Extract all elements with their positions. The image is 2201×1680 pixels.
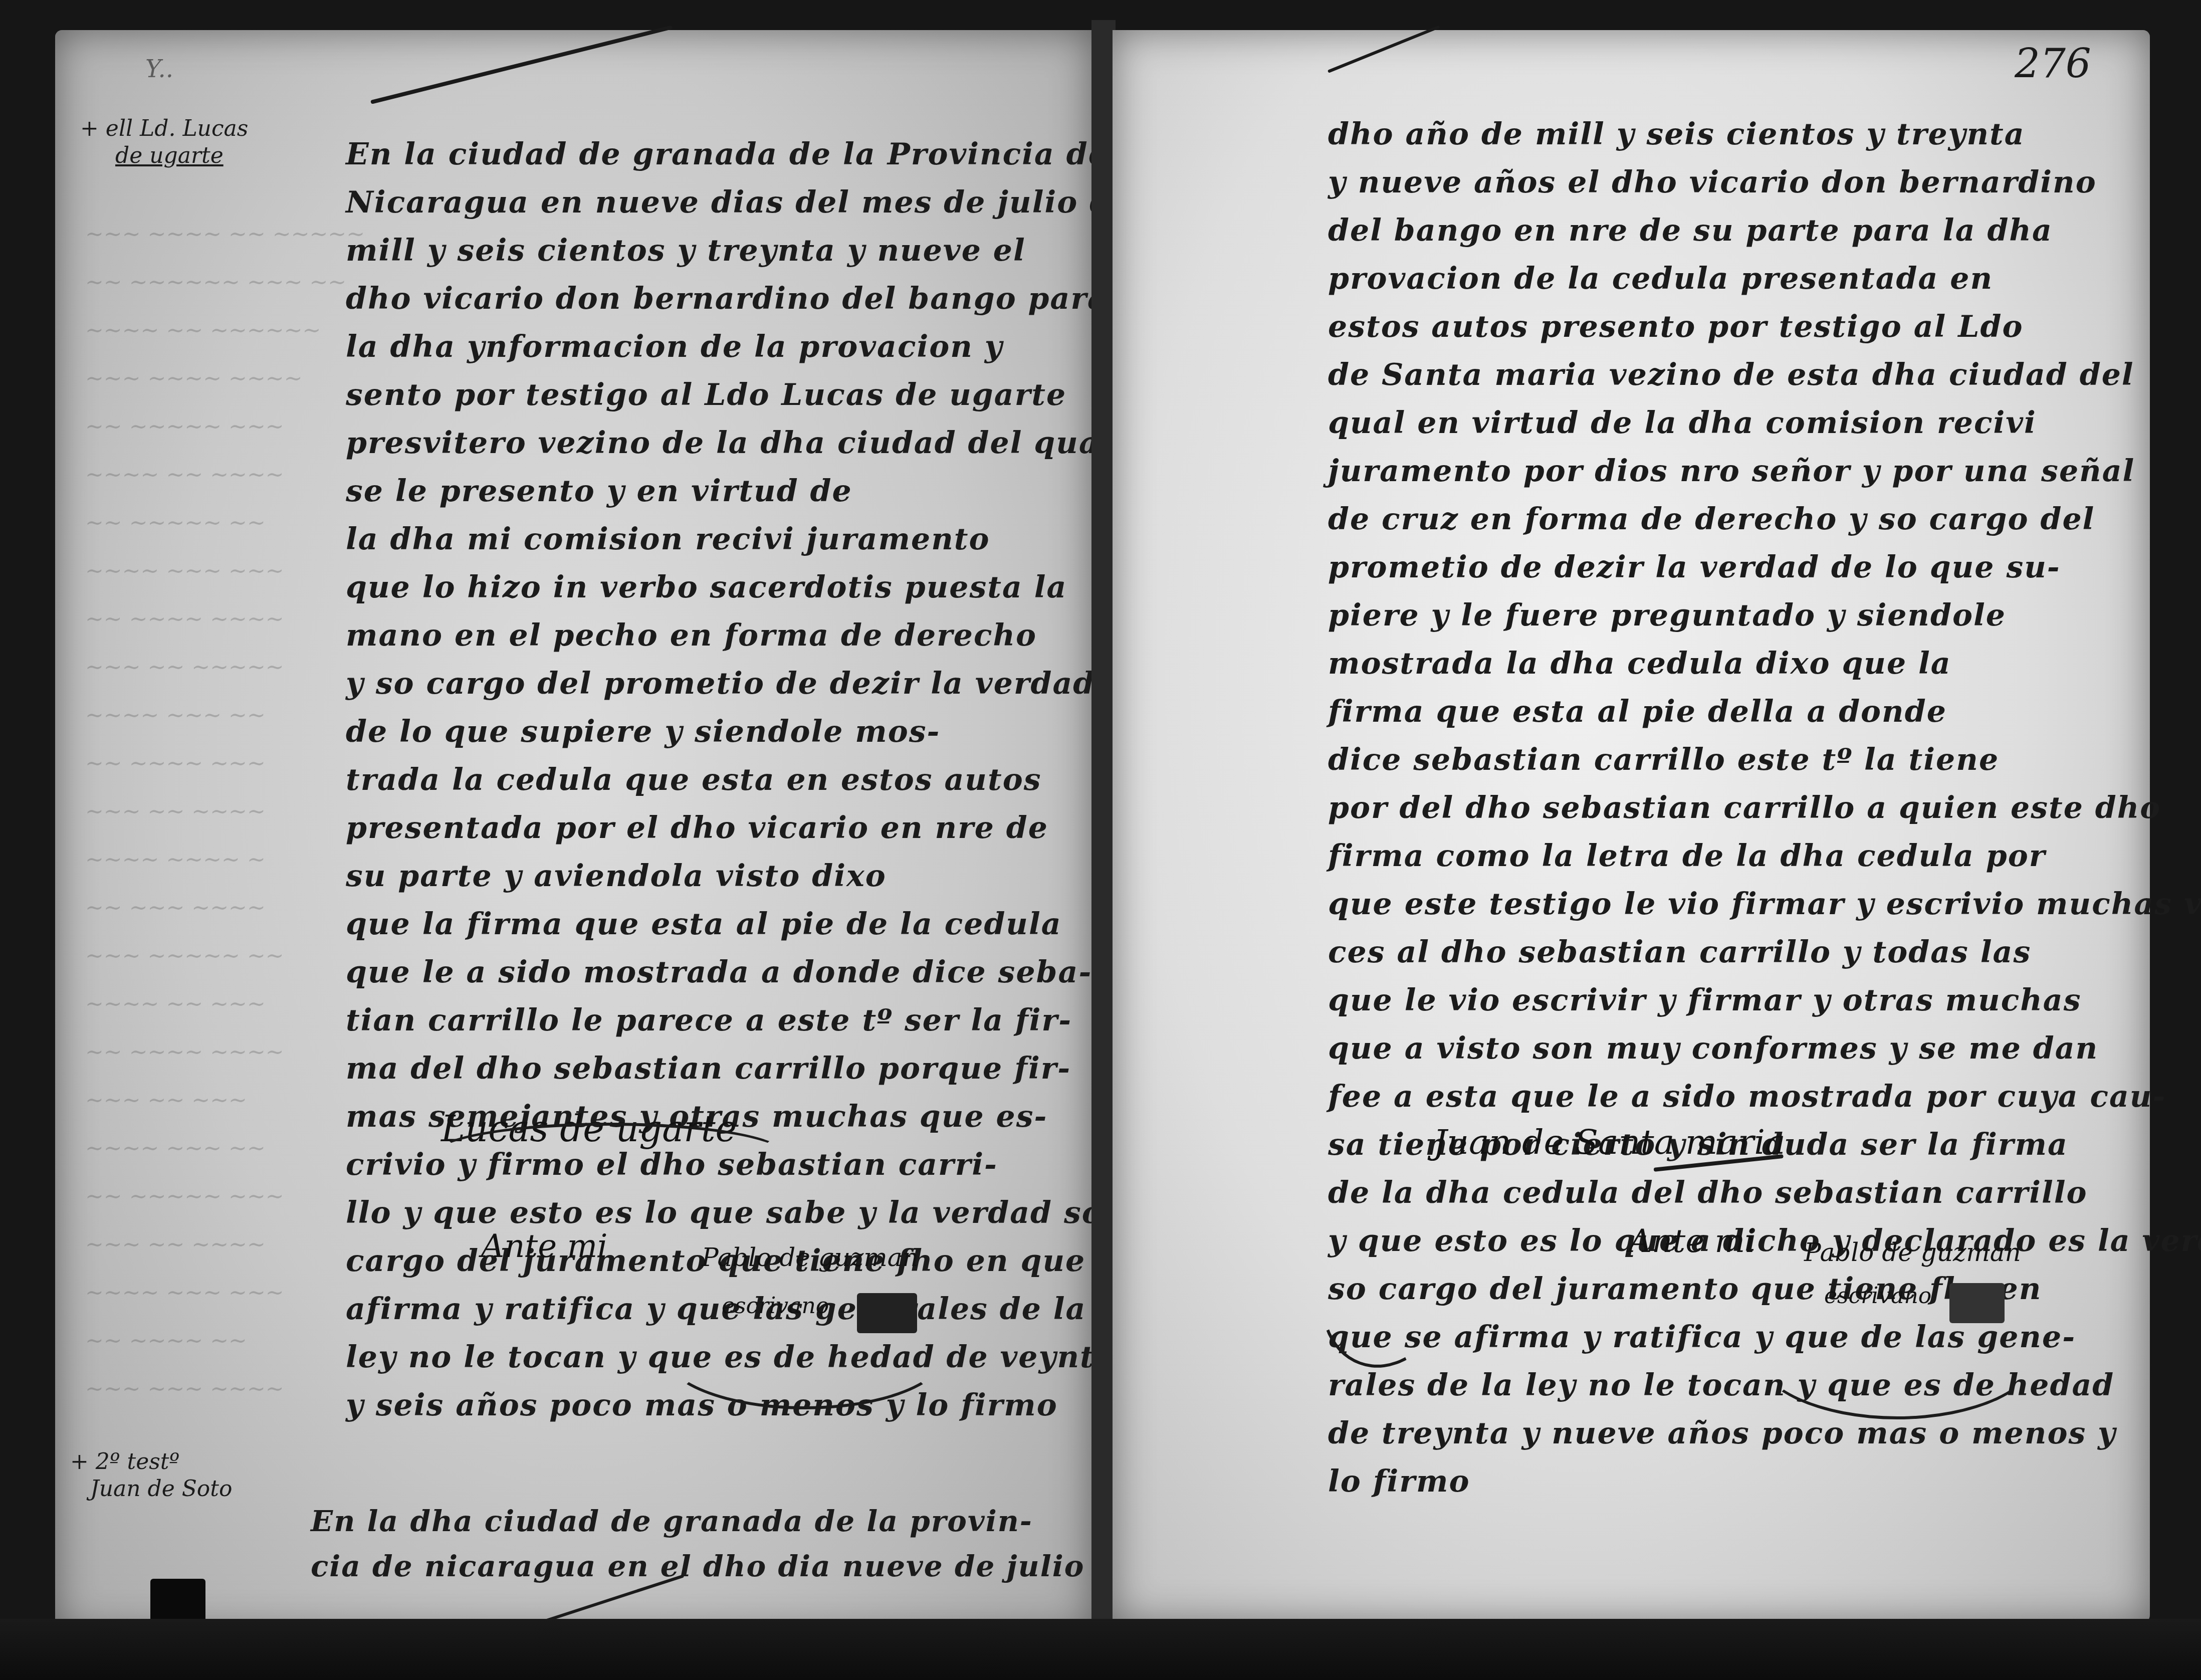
text-line: mano en el pecho en forma de derecho bbox=[346, 611, 1135, 660]
margin-note-witness-2: + 2º testº Juan de Soto bbox=[70, 1448, 233, 1503]
text-line: la dha ynformacion de la provacion y bbox=[346, 323, 1135, 371]
text-line: la dha mi comision recivi juramento bbox=[346, 515, 1135, 563]
signature-flourish bbox=[431, 1123, 788, 1189]
signature-notary: Pablo de guzman bbox=[702, 1243, 919, 1272]
text-line: piere y le fuere preguntado y siendole bbox=[1328, 591, 2201, 640]
text-line: firma que esta al pie della a donde bbox=[1328, 688, 2201, 736]
text-line: firma como la letra de la dha cedula por bbox=[1328, 832, 2201, 880]
signature-witness: Juan de Santa maria bbox=[1433, 1123, 1786, 1162]
notary-seal-mark bbox=[1949, 1283, 2005, 1323]
text-line: por del dho sebastian carrillo a quien e… bbox=[1328, 784, 2201, 832]
text-line: que a visto son muy conformes y se me da… bbox=[1328, 1024, 2201, 1073]
signature-notary: Pablo de guzman bbox=[1804, 1238, 2021, 1267]
margin-note-witness-1: + ell Ld. Lucas de ugarte bbox=[80, 115, 248, 169]
text-line: de la dha cedula del dho sebastian carri… bbox=[1328, 1169, 2201, 1217]
notary-seal-mark bbox=[857, 1293, 917, 1333]
text-line: y so cargo del prometio de dezir la verd… bbox=[346, 660, 1135, 708]
text-line: que lo hizo in verbo sacerdotis puesta l… bbox=[346, 563, 1135, 611]
text-line: trada la cedula que esta en estos autos bbox=[346, 756, 1135, 804]
text-line: mill y seis cientos y treynta y nueve el bbox=[346, 227, 1135, 275]
margin-note-line: Juan de Soto bbox=[70, 1476, 233, 1503]
text-line: juramento por dios nro señor y por una s… bbox=[1328, 447, 2201, 495]
text-line: mostrada la dha cedula dixo que la bbox=[1328, 640, 2201, 688]
margin-note-line: + ell Ld. Lucas bbox=[80, 115, 248, 142]
text-line: se le presento y en virtud de bbox=[346, 467, 1135, 515]
text-line: cia de nicaragua en el dho dia nueve de … bbox=[311, 1544, 1137, 1589]
right-page-body: dho año de mill y seis cientos y treynta… bbox=[1328, 110, 2201, 1506]
text-line: y nueve años el dho vicario don bernardi… bbox=[1328, 158, 2201, 206]
left-folio-mark: Y.. bbox=[145, 55, 173, 83]
text-line: provacion de la cedula presentada en bbox=[1328, 255, 2201, 303]
text-line: de cruz en forma de derecho y so cargo d… bbox=[1328, 495, 2201, 543]
text-line: prometio de dezir la verdad de lo que su… bbox=[1328, 543, 2201, 591]
scan-bottom-edge bbox=[0, 1619, 2201, 1680]
text-line: presentada por el dho vicario en nre de bbox=[346, 804, 1135, 852]
text-line: de Santa maria vezino de esta dha ciudad… bbox=[1328, 351, 2201, 399]
text-line: fee a esta que le a sido mostrada por cu… bbox=[1328, 1073, 2201, 1121]
signature-ante-mi: Ante mi bbox=[481, 1228, 608, 1265]
bleed-through-text: ~~~ ~~~~ ~~ ~~~~~~~ ~~~~~~ ~~~ ~~~~~~ ~~… bbox=[85, 211, 365, 1413]
text-line: En la ciudad de granada de la Provincia … bbox=[346, 130, 1135, 178]
text-line: de lo que supiere y siendole mos- bbox=[346, 708, 1135, 756]
text-line: En la dha ciudad de granada de la provin… bbox=[311, 1499, 1137, 1544]
text-line: llo y que esto es lo que sabe y la verda… bbox=[346, 1189, 1135, 1237]
text-line: que este testigo le vio firmar y escrivi… bbox=[1328, 880, 2201, 928]
text-line: del bango en nre de su parte para la dha bbox=[1328, 206, 2201, 255]
text-line: tian carrillo le parece a este tº ser la… bbox=[346, 996, 1135, 1044]
margin-note-line: + 2º testº bbox=[70, 1448, 233, 1476]
text-line: ces al dho sebastian carrillo y todas la… bbox=[1328, 928, 2201, 976]
text-line: ma del dho sebastian carrillo porque fir… bbox=[346, 1044, 1135, 1093]
folio-number: 276 bbox=[2015, 40, 2091, 87]
text-line: presvitero vezino de la dha ciudad del q… bbox=[346, 419, 1135, 467]
book-gutter bbox=[1091, 20, 1116, 1674]
text-line: que le vio escrivir y firmar y otras muc… bbox=[1328, 976, 2201, 1024]
text-line: que le a sido mostrada a donde dice seba… bbox=[346, 948, 1135, 996]
text-line: y que esto es lo que a dicho y declarado… bbox=[1328, 1217, 2201, 1265]
text-line: so cargo del juramento que tiene fho en bbox=[1328, 1265, 2201, 1313]
text-line: lo firmo bbox=[1328, 1457, 2201, 1506]
text-line: su parte y aviendola visto dixo bbox=[346, 852, 1135, 900]
text-line: qual en virtud de la dha comision recivi bbox=[1328, 399, 2201, 447]
text-line: dice sebastian carrillo este tº la tiene bbox=[1328, 736, 2201, 784]
margin-note-line: de ugarte bbox=[80, 142, 248, 169]
text-line: dho año de mill y seis cientos y treynta bbox=[1328, 110, 2201, 158]
text-line: de treynta y nueve años poco mas o menos… bbox=[1328, 1409, 2201, 1457]
text-line: estos autos presento por testigo al Ldo bbox=[1328, 303, 2201, 351]
text-line: dho vicario don bernardino del bango par… bbox=[346, 275, 1135, 323]
signature-ante-mi: Ante mi bbox=[1629, 1223, 1755, 1260]
text-line: sento por testigo al Ldo Lucas de ugarte bbox=[346, 371, 1135, 419]
text-line: Nicaragua en nueve dias del mes de julio… bbox=[346, 178, 1135, 227]
text-line: que la firma que esta al pie de la cedul… bbox=[346, 900, 1135, 948]
left-page-body: En la ciudad de granada de la Provincia … bbox=[346, 130, 1135, 1429]
left-page-footer-text: En la dha ciudad de granada de la provin… bbox=[311, 1499, 1137, 1589]
